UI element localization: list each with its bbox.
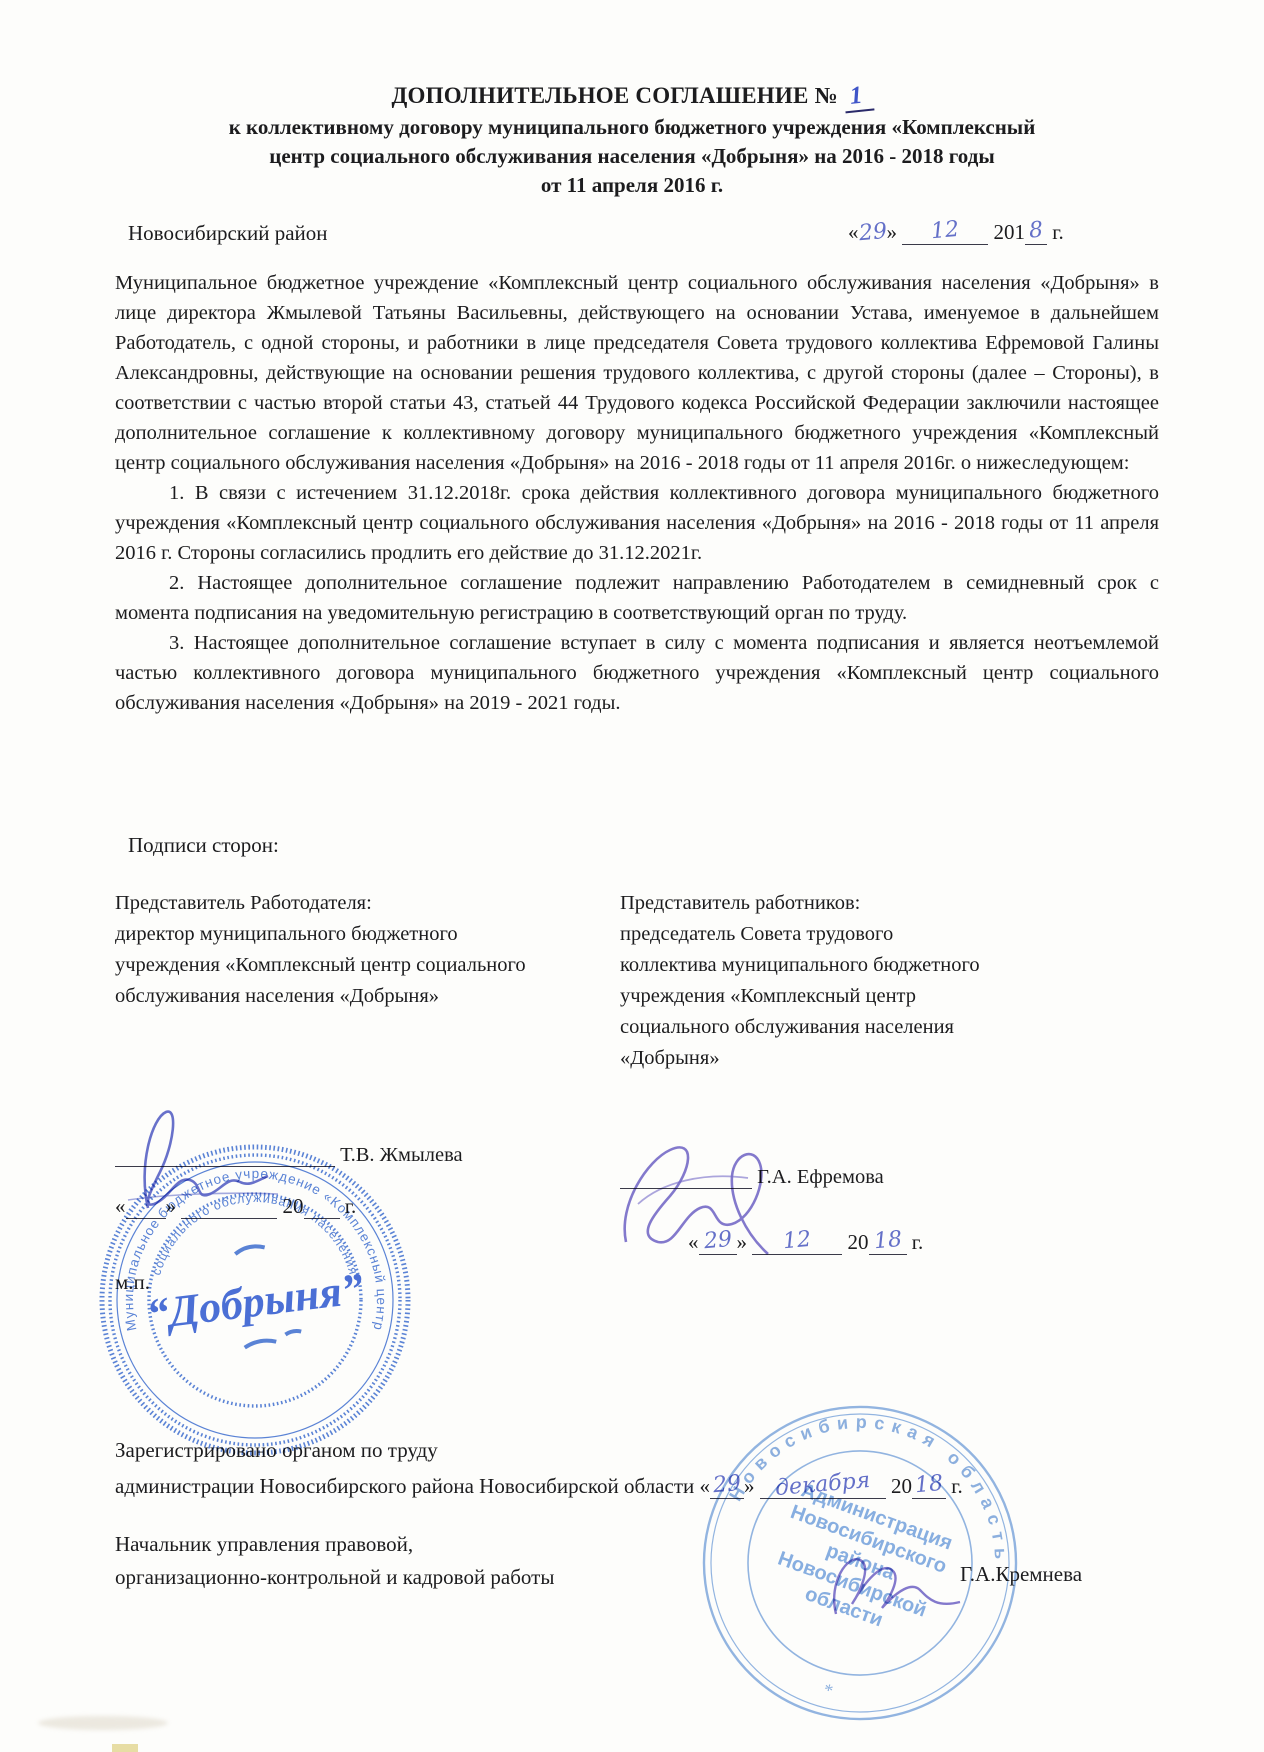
official-title-line: Начальник управления правовой, (115, 1528, 554, 1561)
employees-line: председатель Совета трудового (620, 919, 1100, 950)
registration-text: администрации Новосибирского района Ново… (115, 1474, 694, 1498)
quote-open: « (848, 220, 859, 244)
document-place: Новосибирский район (128, 221, 328, 246)
handwritten-agreement-number: 1 (842, 81, 874, 114)
stamp-center-name: “Добрыня” (144, 1264, 366, 1339)
employer-line: директор муниципального бюджетного (115, 919, 595, 950)
signature-efremova (608, 1112, 818, 1272)
year-blank: 18 (869, 1228, 907, 1255)
year-printed: 201 (994, 220, 1026, 244)
handwritten-year-digit: 8 (1028, 217, 1044, 243)
stamp-ring-star: * (822, 1679, 836, 1701)
month-blank: 12 (902, 218, 988, 245)
scanned-document-page: ДОПОЛНИТЕЛЬНОЕ СОГЛАШЕНИЕ № 1 к коллекти… (0, 0, 1264, 1752)
year-g: г. (1052, 220, 1064, 244)
handwritten-day: 29 (857, 219, 887, 246)
employees-line: социального обслуживания населения (620, 1012, 1100, 1043)
employer-line: Представитель Работодателя: (115, 888, 595, 919)
official-title-block: Начальник управления правовой, организац… (115, 1528, 554, 1594)
signatures-heading: Подписи сторон: (128, 833, 279, 858)
document-title: ДОПОЛНИТЕЛЬНОЕ СОГЛАШЕНИЕ № 1 (0, 82, 1264, 112)
official-title-line: организационно-контрольной и кадровой ра… (115, 1561, 554, 1594)
scan-smudge (112, 1744, 138, 1752)
year-blank: 8 (1025, 218, 1047, 245)
document-subtitle: к коллективному договору муниципального … (62, 113, 1202, 200)
subtitle-line: центр социального обслуживания населения… (62, 142, 1202, 171)
employees-line: «Добрыня» (620, 1043, 1100, 1074)
paragraph-2: 2. Настоящее дополнительное соглашение п… (115, 568, 1159, 628)
paragraph-preamble: Муниципальное бюджетное учреждение «Комп… (115, 268, 1159, 478)
handwritten-year: 18 (872, 1227, 902, 1254)
title-text: ДОПОЛНИТЕЛЬНОЕ СОГЛАШЕНИЕ № (392, 83, 838, 108)
scan-smudge (38, 1716, 168, 1730)
employer-line: учреждения «Комплексный центр социальног… (115, 950, 595, 981)
handwritten-month: 12 (930, 217, 960, 244)
quote-close: » (887, 220, 898, 244)
employer-line: обслуживания населения «Добрыня» (115, 981, 595, 1012)
subtitle-line: к коллективному договору муниципального … (62, 113, 1202, 142)
stamp-administration: Новосибирская область * Администрация Но… (695, 1398, 1025, 1728)
employees-representative-block: Представитель работников: председатель С… (620, 888, 1100, 1074)
employees-line: коллектива муниципального бюджетного (620, 950, 1100, 981)
year-g: г. (912, 1230, 924, 1254)
employees-line: учреждения «Комплексный центр (620, 981, 1100, 1012)
employer-representative-block: Представитель Работодателя: директор мун… (115, 888, 595, 1012)
subtitle-line: от 11 апреля 2016 г. (62, 171, 1202, 200)
paragraph-1: 1. В связи с истечением 31.12.2018г. сро… (115, 478, 1159, 568)
document-date-line: «29» 12 2018 г. (848, 218, 1064, 245)
employees-line: Представитель работников: (620, 888, 1100, 919)
document-body: Муниципальное бюджетное учреждение «Комп… (115, 268, 1159, 718)
paragraph-3: 3. Настоящее дополнительное соглашение в… (115, 628, 1159, 718)
year-printed: 20 (848, 1230, 869, 1254)
stamp-dobrynya: Муниципальное бюджетное учреждение «Комп… (95, 1140, 415, 1460)
